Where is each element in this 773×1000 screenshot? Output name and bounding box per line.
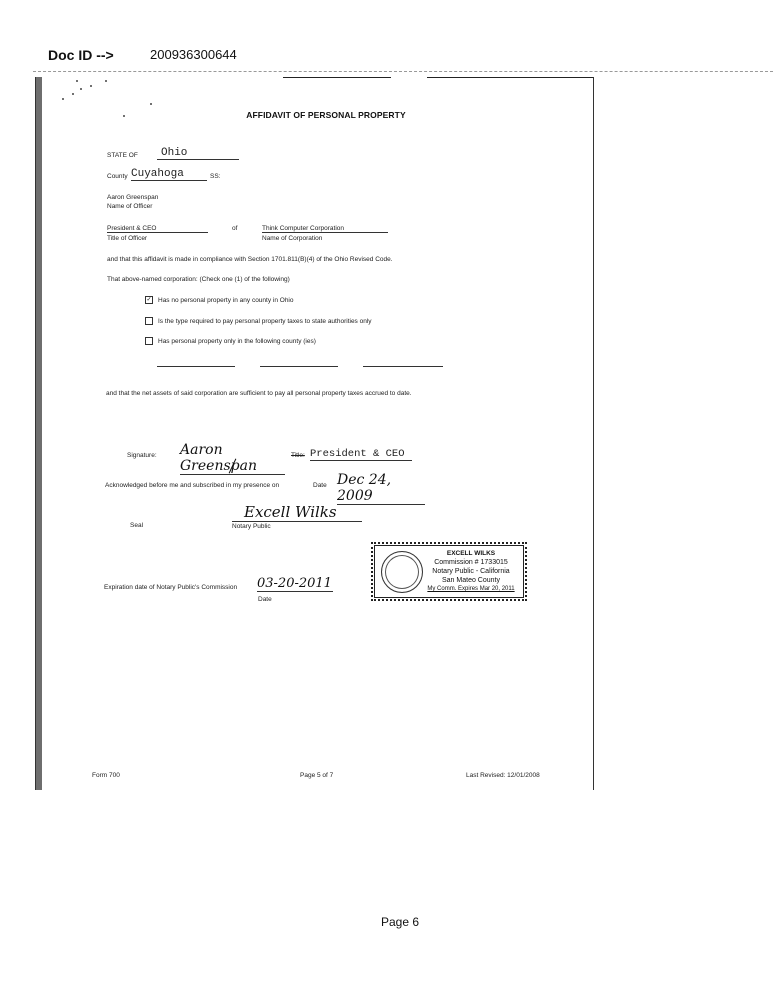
form-title: AFFIDAVIT OF PERSONAL PROPERTY: [0, 110, 652, 120]
option-label: Is the type required to pay personal pro…: [158, 318, 372, 325]
corporation-field[interactable]: Think Computer Corporation: [262, 225, 388, 233]
scan-speck: [76, 80, 78, 82]
page-frame-right: [593, 77, 594, 790]
state-field[interactable]: Ohio: [157, 147, 239, 160]
expiration-label: Expiration date of Notary Public's Commi…: [104, 584, 237, 591]
notary-stamp: EXCELL WILKS Commission # 1733015 Notary…: [371, 542, 527, 601]
stamp-line: EXCELL WILKS: [421, 549, 521, 558]
ss-label: SS:: [210, 173, 220, 180]
scan-edge-bar: [35, 77, 42, 790]
doc-id-value: 200936300644: [150, 47, 237, 62]
header-divider: [33, 71, 773, 72]
date-label: Date: [313, 482, 327, 489]
signature-label: Signature:: [127, 452, 157, 459]
footer-form: Form 700: [92, 772, 120, 779]
scan-speck: [62, 98, 64, 100]
title-field[interactable]: President & CEO: [310, 448, 412, 461]
notary-signature-field[interactable]: Excell Wilks: [232, 503, 362, 522]
expiration-field[interactable]: 03-20-2011: [257, 576, 333, 592]
scan-speck: [150, 103, 152, 105]
county-blank-1[interactable]: [157, 366, 235, 367]
scan-speck: [72, 93, 74, 95]
notary-caption: Notary Public: [232, 523, 271, 530]
scan-speck: [105, 80, 107, 82]
scan-speck: [90, 85, 92, 87]
option-label: Has no personal property in any county i…: [158, 297, 294, 304]
option-checkbox[interactable]: [145, 317, 153, 325]
officer-name-caption: Name of Officer: [107, 203, 152, 210]
corporation-caption: Name of Corporation: [262, 235, 322, 242]
officer-title-caption: Title of Officer: [107, 235, 147, 242]
check-instruction: That above-named corporation: (Check one…: [107, 276, 290, 283]
county-blank-3[interactable]: [363, 366, 443, 367]
page-number: Page 6: [0, 915, 773, 929]
state-seal-icon: [381, 551, 423, 593]
date-field[interactable]: Dec 24, 2009: [337, 472, 425, 505]
signature-field[interactable]: Aaron Greenspan: [180, 442, 285, 475]
stamp-line: My Comm. Expires Mar 20, 2011: [421, 585, 521, 594]
page-frame-top: [283, 77, 391, 78]
option-label: Has personal property only in the follow…: [158, 338, 316, 345]
officer-title-field[interactable]: President & CEO: [107, 225, 208, 233]
title-label: Title:: [291, 452, 305, 459]
acknowledged-text: Acknowledged before me and subscribed in…: [105, 482, 279, 489]
compliance-text: and that this affidavit is made in compl…: [107, 256, 393, 263]
stamp-line: Commission # 1733015: [421, 558, 521, 567]
county-blank-2[interactable]: [260, 366, 338, 367]
state-label: STATE OF: [107, 152, 138, 159]
footer-page: Page 5 of 7: [300, 772, 333, 779]
page-frame-top: [427, 77, 594, 78]
county-label: County: [107, 173, 128, 180]
footer-revised: Last Revised: 12/01/2008: [466, 772, 540, 779]
seal-label: Seal: [130, 522, 143, 529]
stamp-line: Notary Public - California: [421, 567, 521, 576]
stamp-line: San Mateo County: [421, 576, 521, 585]
county-field[interactable]: Cuyahoga: [131, 168, 207, 181]
stamp-text: EXCELL WILKS Commission # 1733015 Notary…: [421, 549, 521, 594]
of-label: of: [232, 225, 237, 232]
option-checkbox[interactable]: [145, 337, 153, 345]
scan-speck: [80, 88, 82, 90]
option-checkbox-checked[interactable]: ✓: [145, 296, 153, 304]
officer-name: Aaron Greenspan: [107, 194, 158, 201]
doc-id-label: Doc ID -->: [48, 47, 114, 63]
net-assets-text: and that the net assets of said corporat…: [106, 390, 412, 397]
expiration-caption: Date: [258, 596, 272, 603]
